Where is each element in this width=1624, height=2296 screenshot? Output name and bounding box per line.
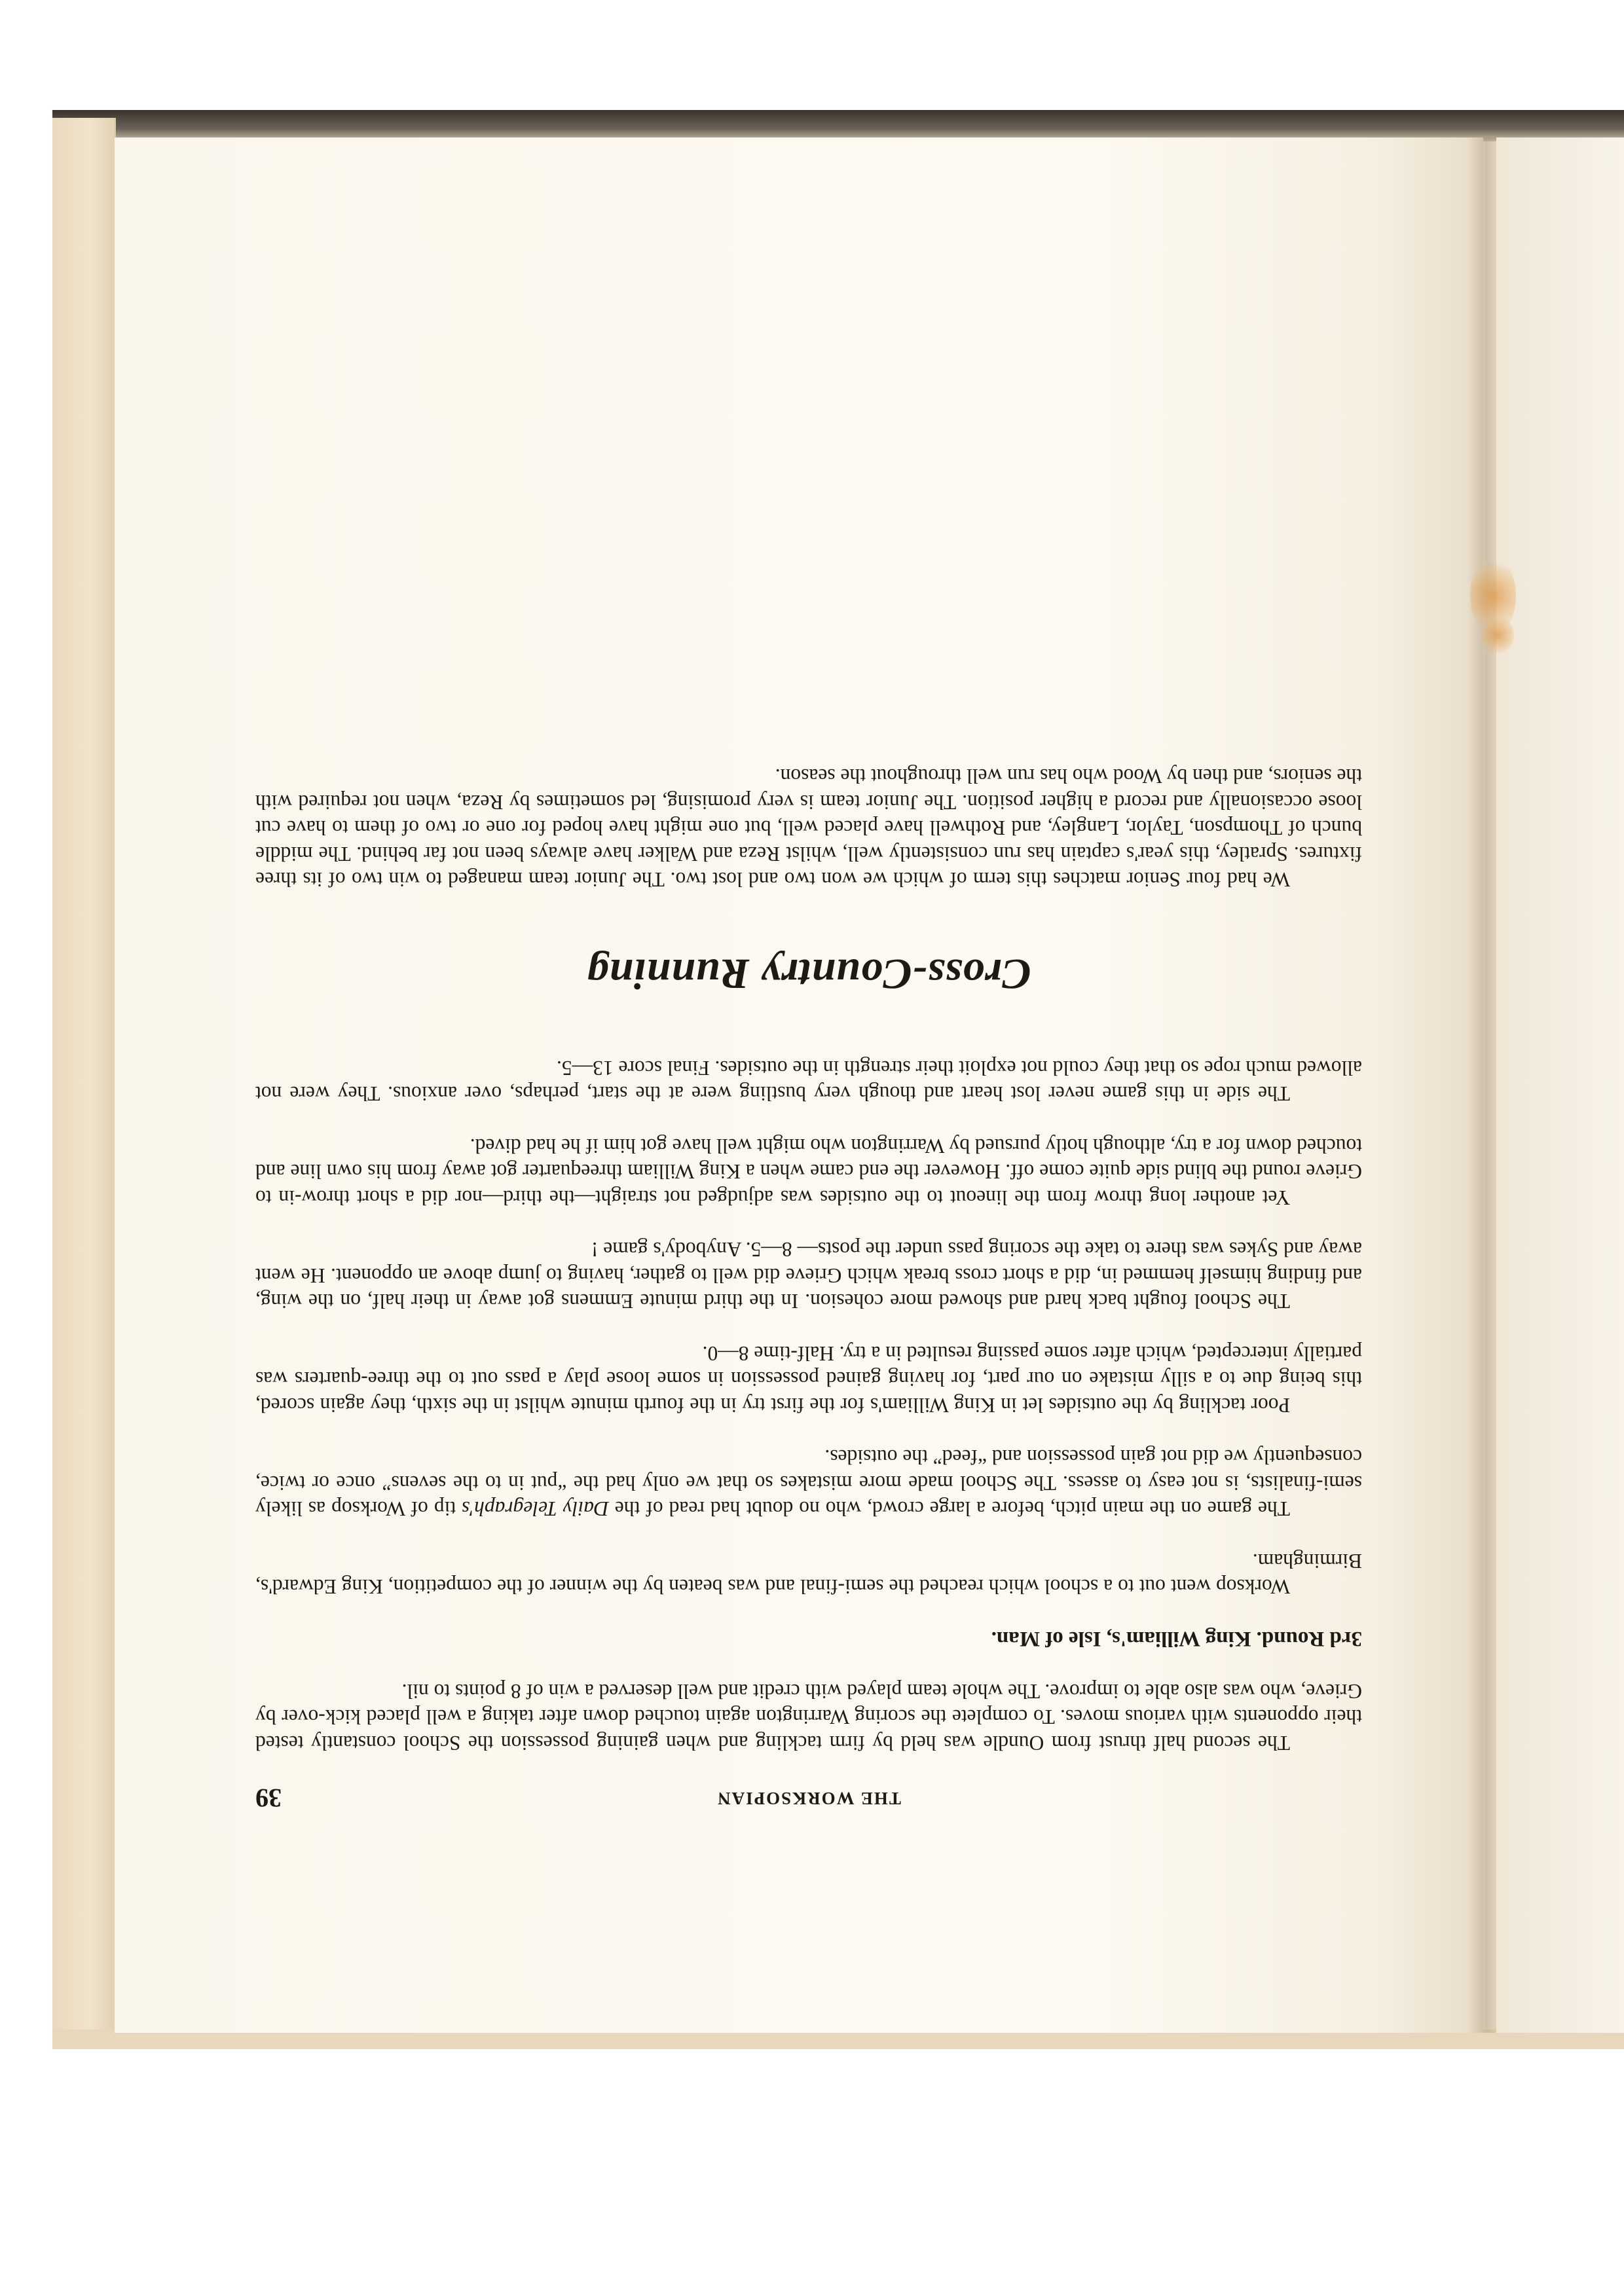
facing-page xyxy=(1496,137,1624,2033)
cross-country-paragraph: We had four Senior matches this term of … xyxy=(255,763,1362,893)
section-title-cross-country: Cross-Country Running xyxy=(255,948,1362,1000)
round3-paragraph: Worksop went out to a school which reach… xyxy=(255,1548,1362,1600)
round3-paragraph: The side in this game never lost heart a… xyxy=(255,1055,1362,1107)
oundle-match-conclusion: The second half thrust from Oundle was h… xyxy=(255,1679,1362,1757)
round3-heading: 3rd Round. King William's, Isle of Man. xyxy=(255,1626,1362,1652)
printed-page: THE WORKSOPIAN 39 The second half thrust… xyxy=(255,399,1362,1813)
page-number: 39 xyxy=(255,1783,282,1813)
newspaper-name: Daily Telegraph's xyxy=(462,1498,609,1521)
round3-paragraph: The School fought back hard and showed m… xyxy=(255,1237,1362,1315)
magazine-title: THE WORKSOPIAN xyxy=(255,1788,1362,1808)
book-top-edge xyxy=(52,110,1624,141)
running-head: THE WORKSOPIAN 39 xyxy=(255,1774,1362,1813)
round3-paragraph: Poor tackling by the outsides let in Kin… xyxy=(255,1341,1362,1419)
foxing-stain xyxy=(1481,615,1514,655)
round3-paragraph: The game on the main pitch, before a lar… xyxy=(255,1444,1362,1522)
book-cover-edge xyxy=(52,118,116,2046)
round3-paragraph: Yet another long throw from the lineout … xyxy=(255,1133,1362,1211)
